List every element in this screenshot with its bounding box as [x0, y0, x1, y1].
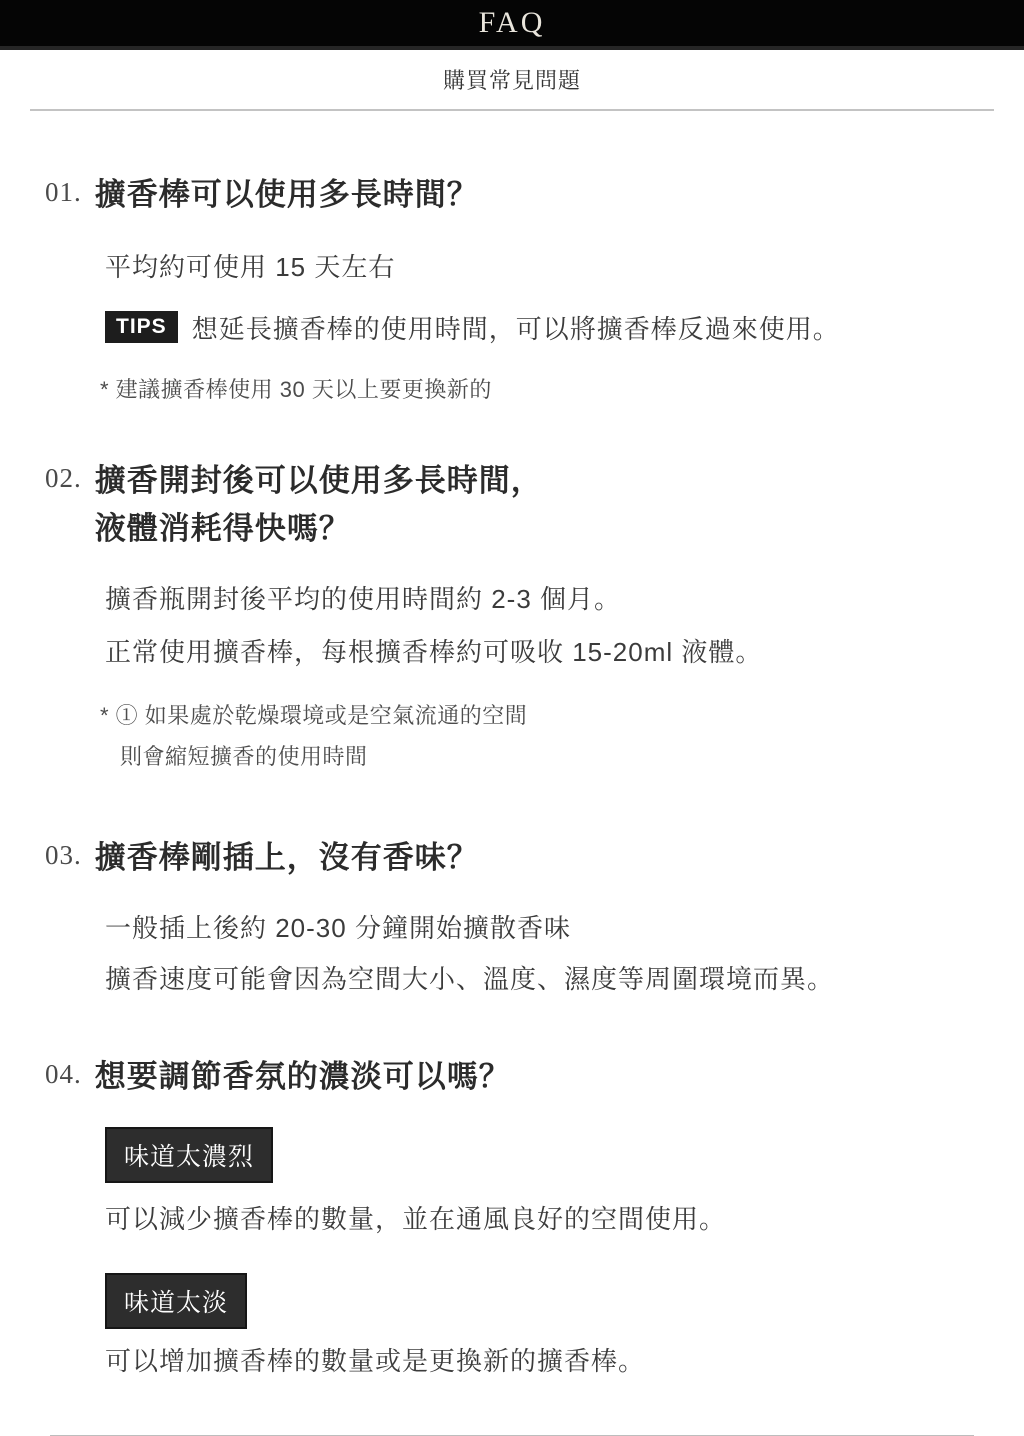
- faq-question-03: 03. 擴香棒剛插上，沒有香味？ 一般插上後約 20-30 分鐘開始擴散香味 擴…: [45, 834, 984, 998]
- question-02-note-line1: * ① 如果處於乾燥環境或是空氣流通的空間: [100, 703, 527, 728]
- question-02-heading: 02. 擴香開封後可以使用多長時間， 液體消耗得快嗎？: [45, 457, 984, 553]
- question-04-number: 04.: [45, 1053, 82, 1090]
- question-03-number: 03.: [45, 834, 82, 871]
- question-02-number: 02.: [45, 457, 82, 494]
- question-04-answer-2: 可以增加擴香棒的數量或是更換新的擴香棒。: [105, 1345, 984, 1379]
- faq-question-02: 02. 擴香開封後可以使用多長時間， 液體消耗得快嗎？ 擴香瓶開封後平均的使用時…: [45, 457, 984, 778]
- question-02-answer-1: 擴香瓶開封後平均的使用時間約 2-3 個月。: [105, 583, 984, 617]
- tips-badge: TIPS: [105, 311, 178, 343]
- question-02-answer-2: 正常使用擴香棒，每根擴香棒約可吸收 15-20ml 液體。: [105, 636, 984, 670]
- too-strong-badge: 味道太濃烈: [105, 1127, 273, 1183]
- page-subtitle: 購買常見問題: [0, 64, 1024, 95]
- question-01-title: 擴香棒可以使用多長時間？: [95, 171, 479, 219]
- question-01-number: 01.: [45, 171, 82, 208]
- question-01-heading: 01. 擴香棒可以使用多長時間？: [45, 171, 984, 219]
- question-03-heading: 03. 擴香棒剛插上，沒有香味？: [45, 834, 984, 882]
- question-04-answer-1: 可以減少擴香棒的數量，並在通風良好的空間使用。: [105, 1203, 984, 1237]
- question-03-title: 擴香棒剛插上，沒有香味？: [95, 834, 479, 882]
- question-01-tips-row: TIPS 想延長擴香棒的使用時間，可以將擴香棒反過來使用。: [105, 309, 984, 346]
- question-03-answer-1: 一般插上後約 20-30 分鐘開始擴散香味: [105, 912, 984, 946]
- question-02-note-line2: 則會縮短擴香的使用時間: [100, 737, 984, 778]
- faq-content: 01. 擴香棒可以使用多長時間？ 平均約可使用 15 天左右 TIPS 想延長擴…: [0, 171, 1024, 1379]
- faq-question-01: 01. 擴香棒可以使用多長時間？ 平均約可使用 15 天左右 TIPS 想延長擴…: [45, 171, 984, 411]
- faq-question-04: 04. 想要調節香氛的濃淡可以嗎？ 味道太濃烈 可以減少擴香棒的數量，並在通風良…: [45, 1053, 984, 1379]
- too-light-badge: 味道太淡: [105, 1273, 247, 1329]
- question-03-answer-2: 擴香速度可能會因為空間大小、溫度、濕度等周圍環境而異。: [105, 963, 984, 997]
- question-04-heading: 04. 想要調節香氛的濃淡可以嗎？: [45, 1053, 984, 1101]
- question-02-title: 擴香開封後可以使用多長時間， 液體消耗得快嗎？: [95, 457, 543, 553]
- question-02-note: * ① 如果處於乾燥環境或是空氣流通的空間 則會縮短擴香的使用時間: [100, 696, 984, 777]
- question-01-note: * 建議擴香棒使用 30 天以上要更換新的: [100, 370, 984, 411]
- faq-header-bar: FAQ: [0, 0, 1024, 50]
- top-divider: [30, 109, 994, 111]
- tips-text: 想延長擴香棒的使用時間，可以將擴香棒反過來使用。: [192, 309, 840, 346]
- question-02-title-line1: 擴香開封後可以使用多長時間，: [95, 457, 543, 505]
- question-01-answer: 平均約可使用 15 天左右: [105, 251, 984, 285]
- faq-title: FAQ: [479, 6, 546, 40]
- question-02-title-line2: 液體消耗得快嗎？: [95, 505, 543, 553]
- question-04-title: 想要調節香氛的濃淡可以嗎？: [95, 1053, 511, 1101]
